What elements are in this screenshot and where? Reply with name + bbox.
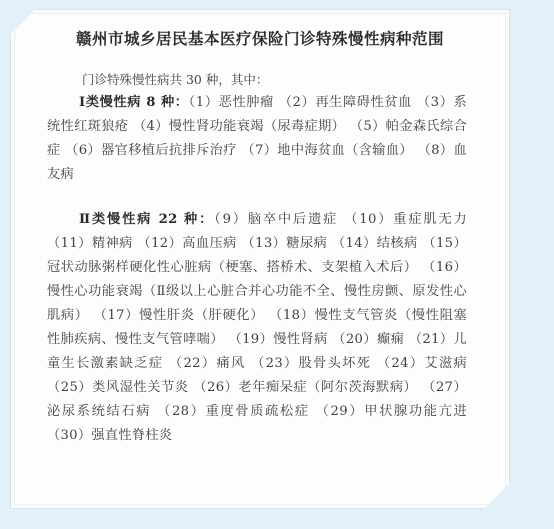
category-1-paragraph: Ⅰ类慢性病 8 种：（1）恶性肿瘤 （2）再生障碍性贫血 （3）系统性红斑狼疮 … [47, 91, 467, 187]
category-2-paragraph: Ⅱ类慢性病 22 种：（9）脑卒中后遗症 （10）重症肌无力 （11）精神病 （… [47, 208, 467, 448]
category-2-text: （9）脑卒中后遗症 （10）重症肌无力 （11）精神病 （12）高血压病 （13… [47, 212, 467, 443]
document-title: 赣州市城乡居民基本医疗保险门诊特殊慢性病种范围 [0, 27, 520, 49]
category-2-heading: Ⅱ类慢性病 22 种： [79, 212, 214, 227]
category-1-heading: Ⅰ类慢性病 8 种： [79, 95, 189, 110]
intro-text: 门诊特殊慢性病共 30 种，其中： [82, 70, 268, 88]
